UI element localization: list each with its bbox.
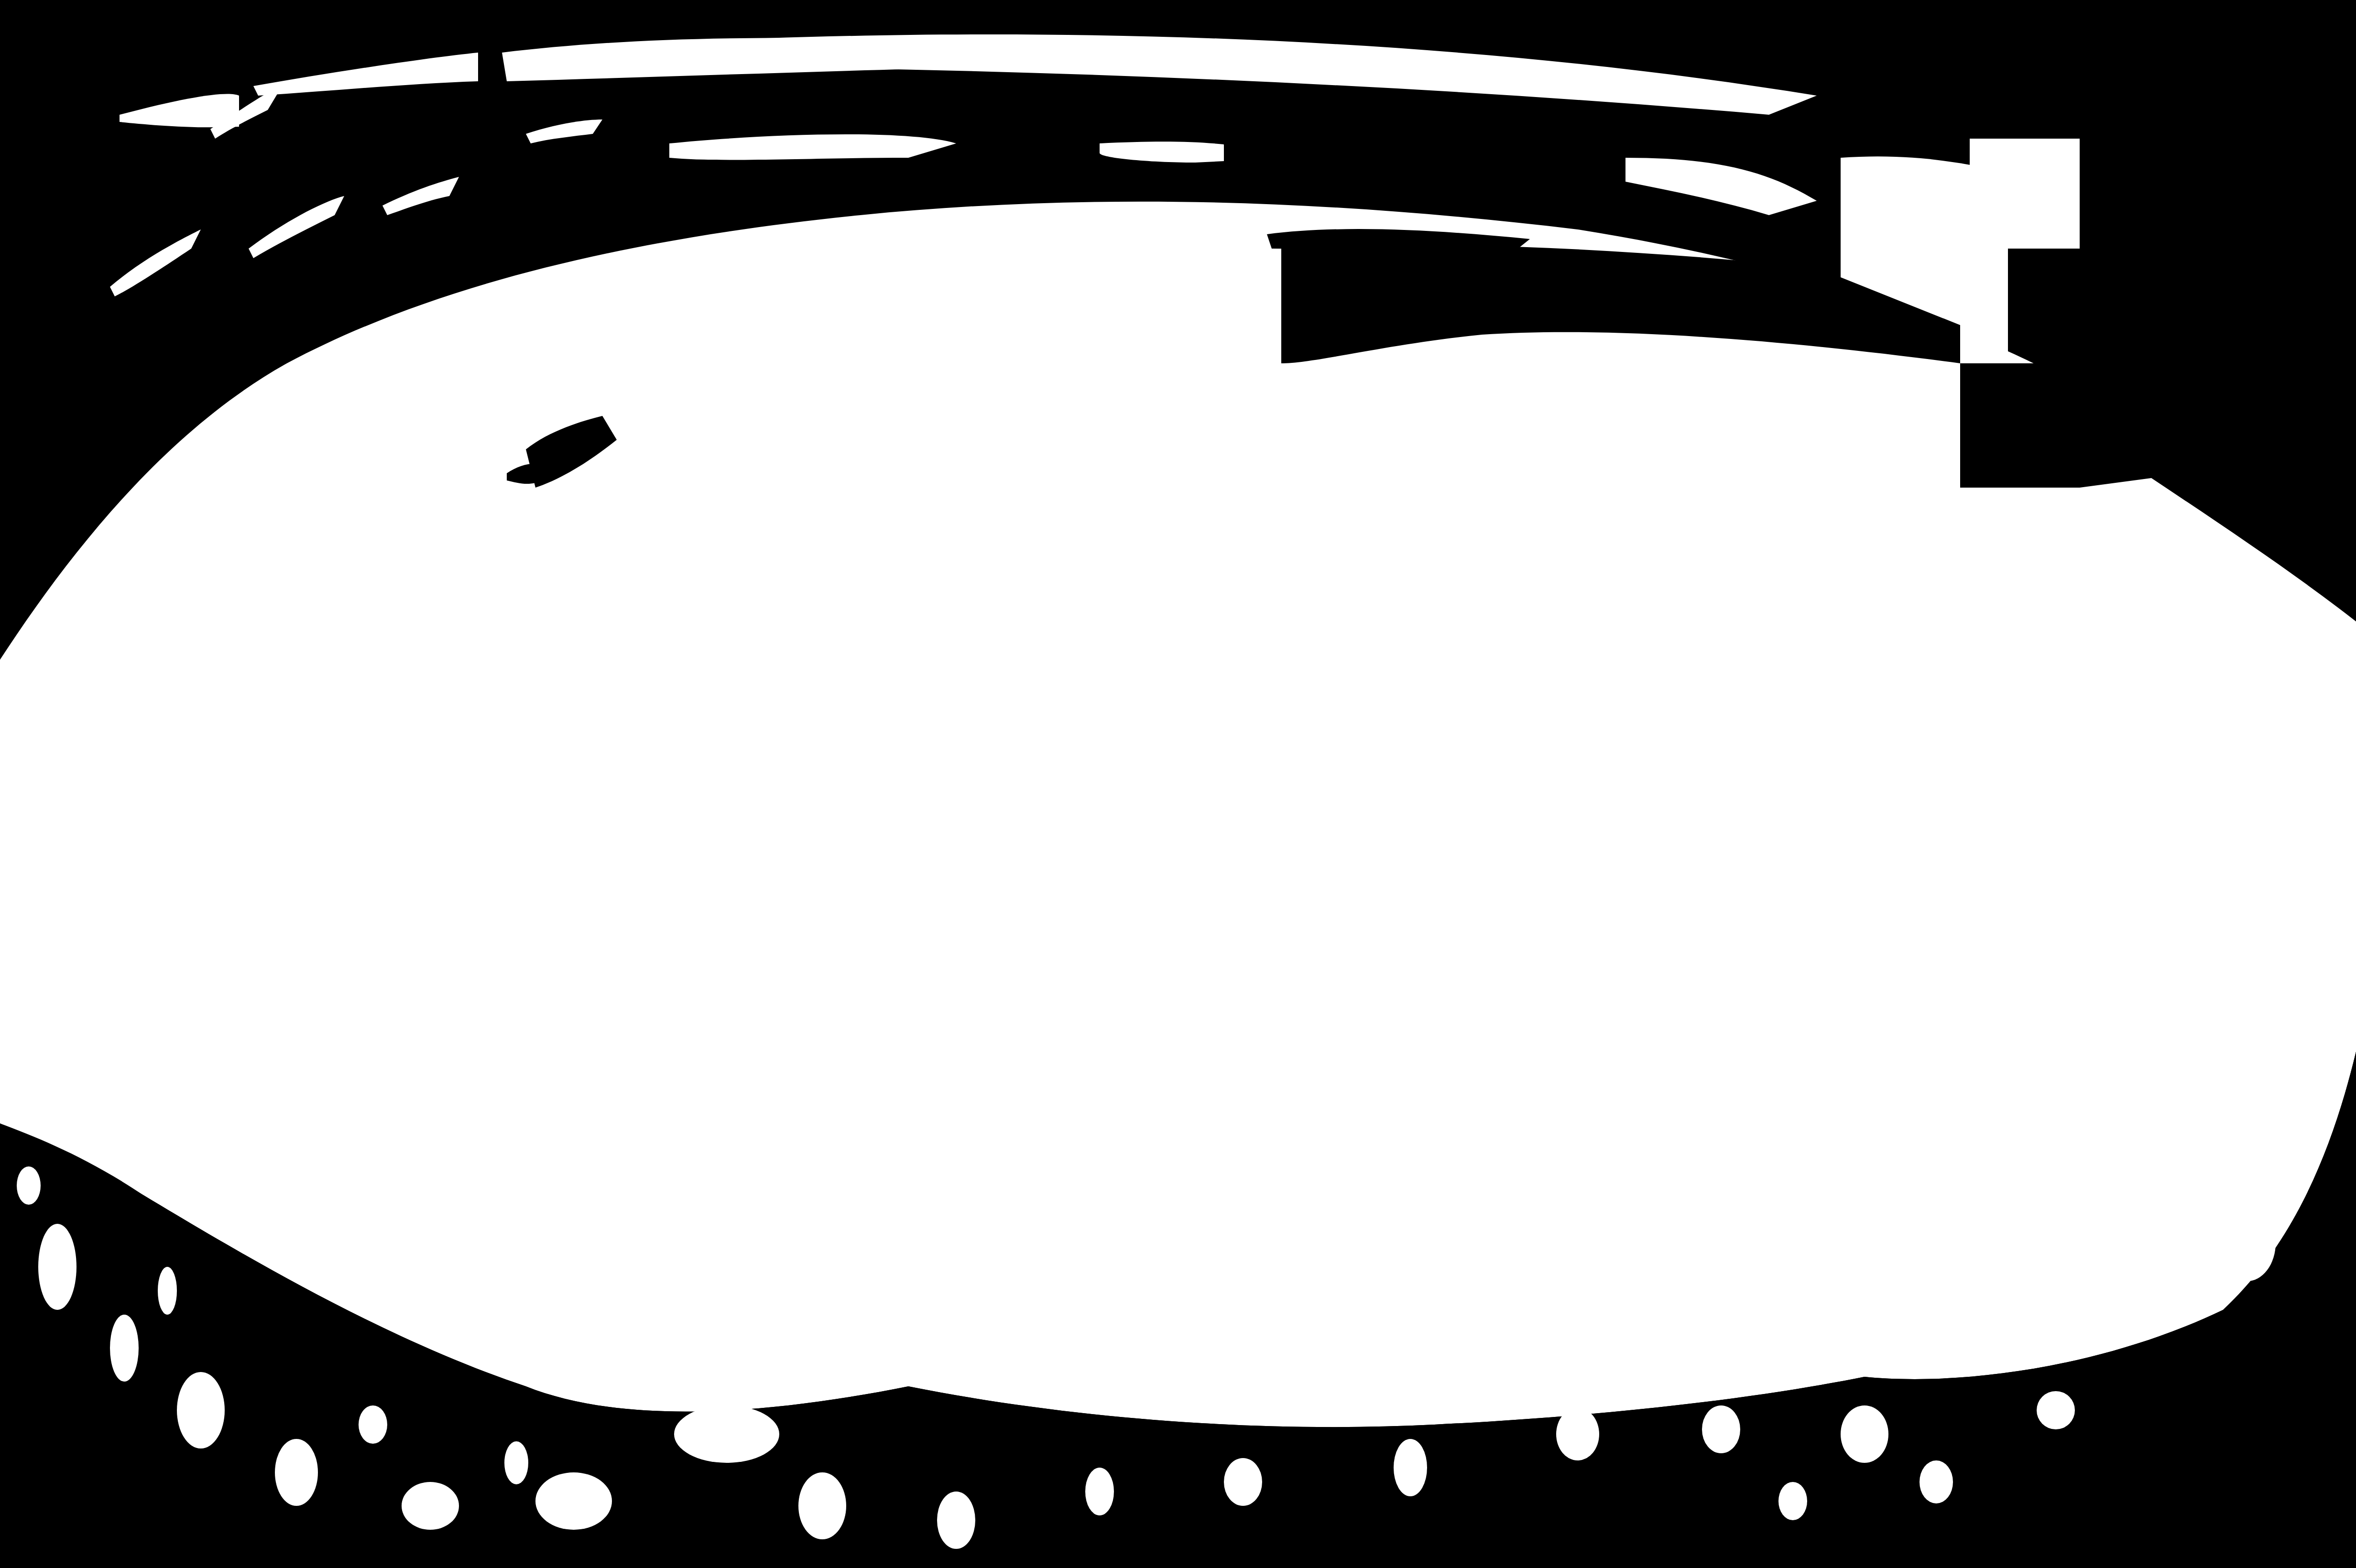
binarized-landscape-photo (0, 0, 2356, 1568)
landscape-drawing (0, 0, 2356, 1568)
